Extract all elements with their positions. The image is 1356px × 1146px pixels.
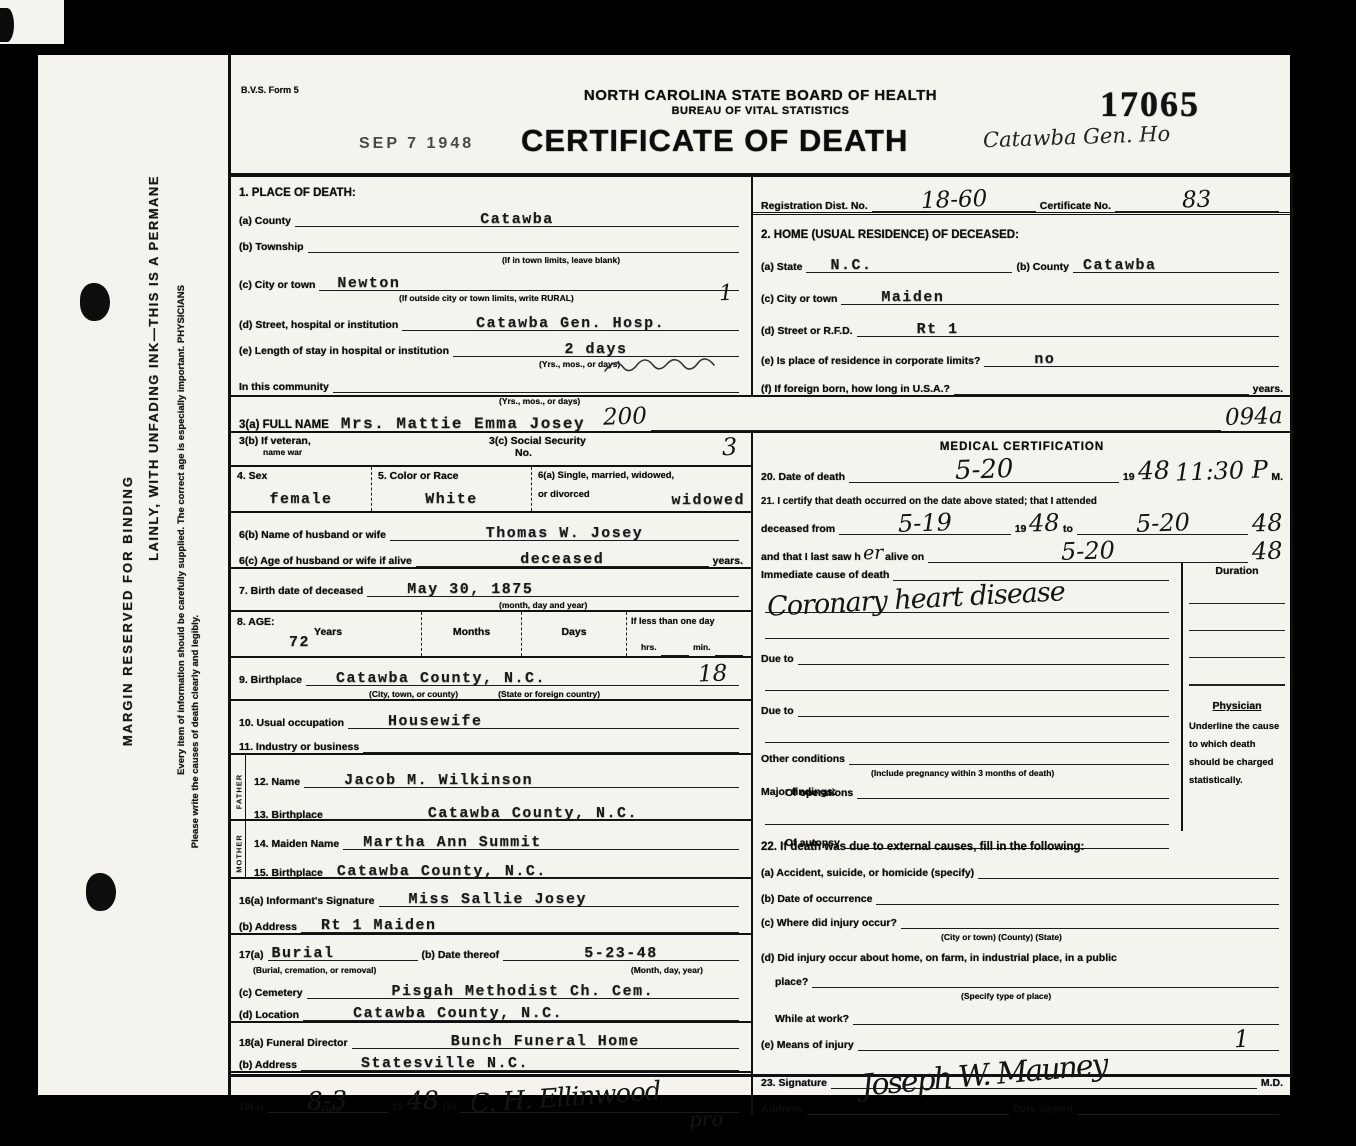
filed-b-label: (b) xyxy=(443,1101,456,1113)
race-label: 5. Color or Race xyxy=(378,470,459,482)
margin-text-permanent: LAINLY, WITH UNFADING INK—THIS IS A PERM… xyxy=(146,175,161,561)
burial-date-value: 5-23-48 xyxy=(584,946,658,961)
external-title: 22. If death was due to external causes,… xyxy=(761,841,1084,853)
spouse-value: Thomas W. Josey xyxy=(486,526,644,541)
mother-name-label: 14. Maiden Name xyxy=(254,838,339,850)
age-less-label: If less than one day xyxy=(631,616,715,626)
home-city-value: Maiden xyxy=(881,290,944,305)
home-street-label: (d) Street or R.F.D. xyxy=(761,325,853,337)
handwritten-her: er xyxy=(862,544,883,564)
funeral-addr-value: Statesville N.C. xyxy=(361,1056,529,1071)
burial-date-label: (b) Date thereof xyxy=(422,949,500,961)
filed-label: 19(a) xyxy=(239,1101,264,1113)
last-saw-date: 5-20 xyxy=(1061,538,1116,564)
place-street-value: Catawba Gen. Hosp. xyxy=(476,316,665,331)
stay-label: (e) Length of stay in hospital or instit… xyxy=(239,345,449,357)
burial-type-label: 17(a) xyxy=(239,949,264,961)
reg-dist-label: Registration Dist. No. xyxy=(761,200,868,212)
certifier-addr-label: Address xyxy=(761,1103,803,1115)
father-bp-label: 13. Birthplace xyxy=(254,809,323,821)
dod-year-value: 48 xyxy=(1137,457,1170,483)
from-year-prefix: 19 xyxy=(1015,523,1027,535)
full-name-label: 3(a) FULL NAME xyxy=(239,419,329,431)
ssn-label2: No. xyxy=(515,447,586,459)
scanned-certificate-page: MARGIN RESERVED FOR BINDING LAINLY, WITH… xyxy=(38,55,1290,1095)
cause-of-death-grid: Immediate cause of death Coronary heart … xyxy=(753,563,1291,831)
ssn-label: 3(c) Social Security xyxy=(489,435,586,447)
external-d-label2: place? xyxy=(775,976,808,988)
certify-from-label: deceased from xyxy=(761,523,835,535)
handwritten-code-094a: 094a xyxy=(1225,405,1283,430)
spouse-age-label: 6(c) Age of husband or wife if alive xyxy=(239,555,412,567)
due-to-label-1: Due to xyxy=(761,653,794,665)
cemetery-label: (c) Cemetery xyxy=(239,987,303,999)
mother-name-value: Martha Ann Summit xyxy=(363,835,542,850)
burial-type-value: Burial xyxy=(272,946,335,961)
informant-addr-label: (b) Address xyxy=(239,921,297,933)
scan-corner-artifact xyxy=(0,0,64,44)
physician-label: Physician xyxy=(1189,700,1285,712)
handwritten-mark-rural: 1 xyxy=(719,283,734,305)
filed-year-prefix: 19 xyxy=(392,1101,404,1113)
while-at-work-label: While at work? xyxy=(775,1013,849,1025)
age-days-label: Days xyxy=(561,626,586,638)
home-state-value: N.C. xyxy=(830,258,872,273)
external-b-label: (b) Date of occurrence xyxy=(761,893,872,905)
signature-label: 23. Signature xyxy=(761,1077,827,1089)
margin-text-binding: MARGIN RESERVED FOR BINDING xyxy=(120,475,135,746)
occupation-label: 10. Usual occupation xyxy=(239,717,344,729)
community-label: In this community xyxy=(239,381,329,393)
dod-time-value: 11:30 P xyxy=(1175,457,1269,484)
industry-label: 11. Industry or business xyxy=(239,741,359,753)
external-a-label: (a) Accident, suicide, or homicide (spec… xyxy=(761,867,974,879)
cemetery-value: Pisgah Methodist Ch. Cem. xyxy=(392,984,655,999)
full-name-value: Mrs. Mattie Emma Josey xyxy=(341,416,585,432)
last-saw-label2: alive on xyxy=(885,551,924,563)
duration-sidebar: Duration Physician Underline the cause t… xyxy=(1181,563,1291,831)
last-saw-year: 48 xyxy=(1252,538,1283,563)
mother-bp-label: 15. Birthplace xyxy=(254,867,323,879)
other-conditions-hint: (Include pregnancy within 3 months of de… xyxy=(871,768,1054,778)
hole-punch xyxy=(86,873,116,911)
informant-sig-label: 16(a) Informant's Signature xyxy=(239,895,375,907)
home-state-label: (a) State xyxy=(761,261,802,273)
due-to-label-2: Due to xyxy=(761,705,794,717)
burial-date-hint: (Month, day, year) xyxy=(631,965,703,975)
md-label: M.D. xyxy=(1261,1077,1283,1089)
filed-row: 19(a) 8-3 Filed 19 48 (b) C. H. Ellinwoo… xyxy=(231,1073,751,1113)
place-city-label: (c) City or town xyxy=(239,279,315,291)
reg-dist-value: 18-60 xyxy=(920,188,987,213)
cert-no-value: 83 xyxy=(1182,188,1212,212)
birthplace-hint1: (City, town, or county) xyxy=(369,689,458,699)
residence-title: 2. HOME (USUAL RESIDENCE) OF DECEASED: xyxy=(761,229,1019,241)
marital-label2: or divorced xyxy=(538,489,590,500)
place-street-label: (d) Street, hospital or institution xyxy=(239,319,398,331)
certify-to-year: 48 xyxy=(1252,510,1283,535)
home-county-label: (b) County xyxy=(1016,261,1069,273)
immediate-cause-label: Immediate cause of death xyxy=(761,569,889,581)
certificate-form: B.V.S. Form 5 NORTH CAROLINA STATE BOARD… xyxy=(228,55,1290,1095)
last-saw-label: and that I last saw h xyxy=(761,551,861,563)
stay-hint: (Yrs., mos., or days) xyxy=(539,359,620,369)
burial-type-hint: (Burial, cremation, or removal) xyxy=(253,965,376,975)
sex-value: female xyxy=(269,492,332,507)
handwritten-mark-injury: 1 xyxy=(1233,1027,1249,1052)
certify-line1: 21. I certify that death occurred on the… xyxy=(761,496,1097,507)
father-block: FATHER 12. Name Jacob M. Wilkinson 13. B… xyxy=(231,755,751,821)
birthplace-hint2: (State or foreign country) xyxy=(498,689,600,699)
birthplace-label: 9. Birthplace xyxy=(239,674,302,686)
spouse-age-suffix: years. xyxy=(713,555,743,567)
registrar-signature: C. H. Ellinwood xyxy=(470,1078,662,1117)
place-title: 1. PLACE OF DEATH: xyxy=(239,187,356,199)
funeral-director-label: 18(a) Funeral Director xyxy=(239,1037,348,1049)
date-signed-label: Date signed xyxy=(1013,1103,1073,1115)
marital-value: widowed xyxy=(671,493,745,508)
informant-sig-value: Miss Sallie Josey xyxy=(409,892,588,907)
certify-to-label: to xyxy=(1063,523,1073,535)
filed-year-value: 48 xyxy=(407,1087,440,1113)
cert-no-label: Certificate No. xyxy=(1040,200,1111,212)
place-county-value: Catawba xyxy=(480,212,554,227)
foreign-label: (f) If foreign born, how long in U.S.A.? xyxy=(761,383,950,395)
external-c-label: (c) Where did injury occur? xyxy=(761,917,897,929)
birth-date-value: May 30, 1875 xyxy=(407,582,533,597)
age-min-label: min. xyxy=(693,642,710,652)
age-months-label: Months xyxy=(453,626,490,638)
father-name-label: 12. Name xyxy=(254,776,300,788)
section-place-of-death: 1. PLACE OF DEATH: (a) County Catawba (b… xyxy=(231,177,753,395)
dod-label: 20. Date of death xyxy=(761,471,845,483)
father-side-label: FATHER xyxy=(235,765,244,819)
foreign-suffix: years. xyxy=(1253,383,1283,395)
hospital-note-handwritten: Catawba Gen. Ho xyxy=(983,124,1171,152)
burial-location-label: (d) Location xyxy=(239,1009,299,1021)
other-conditions-label: Other conditions xyxy=(761,753,845,765)
hole-punch xyxy=(80,283,110,321)
form-header: B.V.S. Form 5 NORTH CAROLINA STATE BOARD… xyxy=(231,55,1290,173)
mother-bp-value: Catawba County, N.C. xyxy=(337,864,547,879)
handwritten-mark-200: 200 xyxy=(603,405,648,430)
father-bp-value: Catawba County, N.C. xyxy=(428,806,638,821)
place-county-label: (a) County xyxy=(239,215,291,227)
sex-label: 4. Sex xyxy=(237,470,267,482)
corporate-label: (e) Is place of residence in corporate l… xyxy=(761,355,980,367)
personal-column: 3(b) If veteran, name war 3(c) Social Se… xyxy=(231,433,753,1115)
township-hint: (If in town limits, leave blank) xyxy=(502,255,620,265)
serial-number: 17065 xyxy=(1100,83,1200,125)
means-of-injury-label: (e) Means of injury xyxy=(761,1039,854,1051)
external-d-label: (d) Did injury occur about home, on farm… xyxy=(761,952,1117,964)
certify-from-date: 5-19 xyxy=(898,510,953,536)
birthplace-value: Catawba County, N.C. xyxy=(336,671,546,686)
duration-label: Duration xyxy=(1189,565,1285,577)
veteran-label2: name war xyxy=(263,447,489,457)
race-value: White xyxy=(425,492,478,507)
birth-date-hint: (month, day and year) xyxy=(499,600,587,610)
margin-text-advice2: Please write the causes of death clearly… xyxy=(190,615,201,848)
dod-value: 5-20 xyxy=(954,456,1013,484)
funeral-addr-label: (b) Address xyxy=(239,1059,297,1071)
physician-signature-row: 23. Signature Joseph W. Mauney M.D. xyxy=(753,1051,1291,1089)
certify-from-year: 48 xyxy=(1029,510,1060,535)
home-city-label: (c) City or town xyxy=(761,293,837,305)
physician-note: Underline the cause to which death shoul… xyxy=(1189,718,1285,790)
corporate-value: no xyxy=(1034,352,1055,367)
certify-to-date: 5-20 xyxy=(1135,510,1190,536)
informant-addr-value: Rt 1 Maiden xyxy=(321,918,437,933)
margin-text-advice1: Every item of information should be care… xyxy=(176,285,187,775)
date-received-stamp: SEP 7 1948 xyxy=(359,135,474,153)
funeral-director-value: Bunch Funeral Home xyxy=(451,1034,640,1049)
medical-column: MEDICAL CERTIFICATION 20. Date of death … xyxy=(753,433,1291,1115)
veteran-label: 3(b) If veteran, xyxy=(239,435,489,447)
mother-block: MOTHER 14. Maiden Name Martha Ann Summit… xyxy=(231,821,751,879)
age-label: 8. AGE: xyxy=(237,616,275,628)
medical-title: MEDICAL CERTIFICATION xyxy=(940,441,1104,453)
handwritten-mark-18: 18 xyxy=(697,662,727,686)
mother-side-label: MOTHER xyxy=(235,827,244,881)
place-township-label: (b) Township xyxy=(239,241,304,253)
marital-label: 6(a) Single, married, widowed, xyxy=(538,470,674,481)
father-name-value: Jacob M. Wilkinson xyxy=(344,773,533,788)
age-years-label: Years xyxy=(314,626,342,638)
spouse-age-value: deceased xyxy=(520,552,604,567)
dod-m-label: M. xyxy=(1271,471,1283,483)
external-causes-section: 22. If death was due to external causes,… xyxy=(753,831,1291,1051)
full-name-row: 3(a) FULL NAME Mrs. Mattie Emma Josey 20… xyxy=(231,397,1291,433)
filed-hint: Filed xyxy=(321,1104,341,1114)
section-residence: Registration Dist. No. 18-60 Certificate… xyxy=(753,177,1291,395)
birth-date-label: 7. Birth date of deceased xyxy=(239,585,363,597)
dod-year-prefix: 19 xyxy=(1123,471,1135,483)
home-county-value: Catawba xyxy=(1083,258,1157,273)
stay-value: 2 days xyxy=(564,342,627,357)
place-city-value: Newton xyxy=(337,276,400,291)
burial-location-value: Catawba County, N.C. xyxy=(353,1006,563,1021)
age-years-value: 72 xyxy=(289,635,310,650)
external-c-hint: (City or town) (County) (State) xyxy=(941,932,1062,942)
age-hrs-label: hrs. xyxy=(641,642,657,652)
external-d-hint: (Specify type of place) xyxy=(961,991,1051,1001)
of-operations-label: Of operations xyxy=(785,787,853,799)
registrar-note: pro xyxy=(688,1108,723,1129)
form-table: 1. PLACE OF DEATH: (a) County Catawba (b… xyxy=(231,173,1293,1077)
certificate-title: CERTIFICATE OF DEATH xyxy=(521,123,908,159)
handwritten-mark-ssn: 3 xyxy=(721,435,737,460)
spouse-label: 6(b) Name of husband or wife xyxy=(239,529,386,541)
city-hint: (If outside city or town limits, write R… xyxy=(399,293,574,303)
occupation-value: Housewife xyxy=(388,714,483,729)
home-street-value: Rt 1 xyxy=(917,322,959,337)
